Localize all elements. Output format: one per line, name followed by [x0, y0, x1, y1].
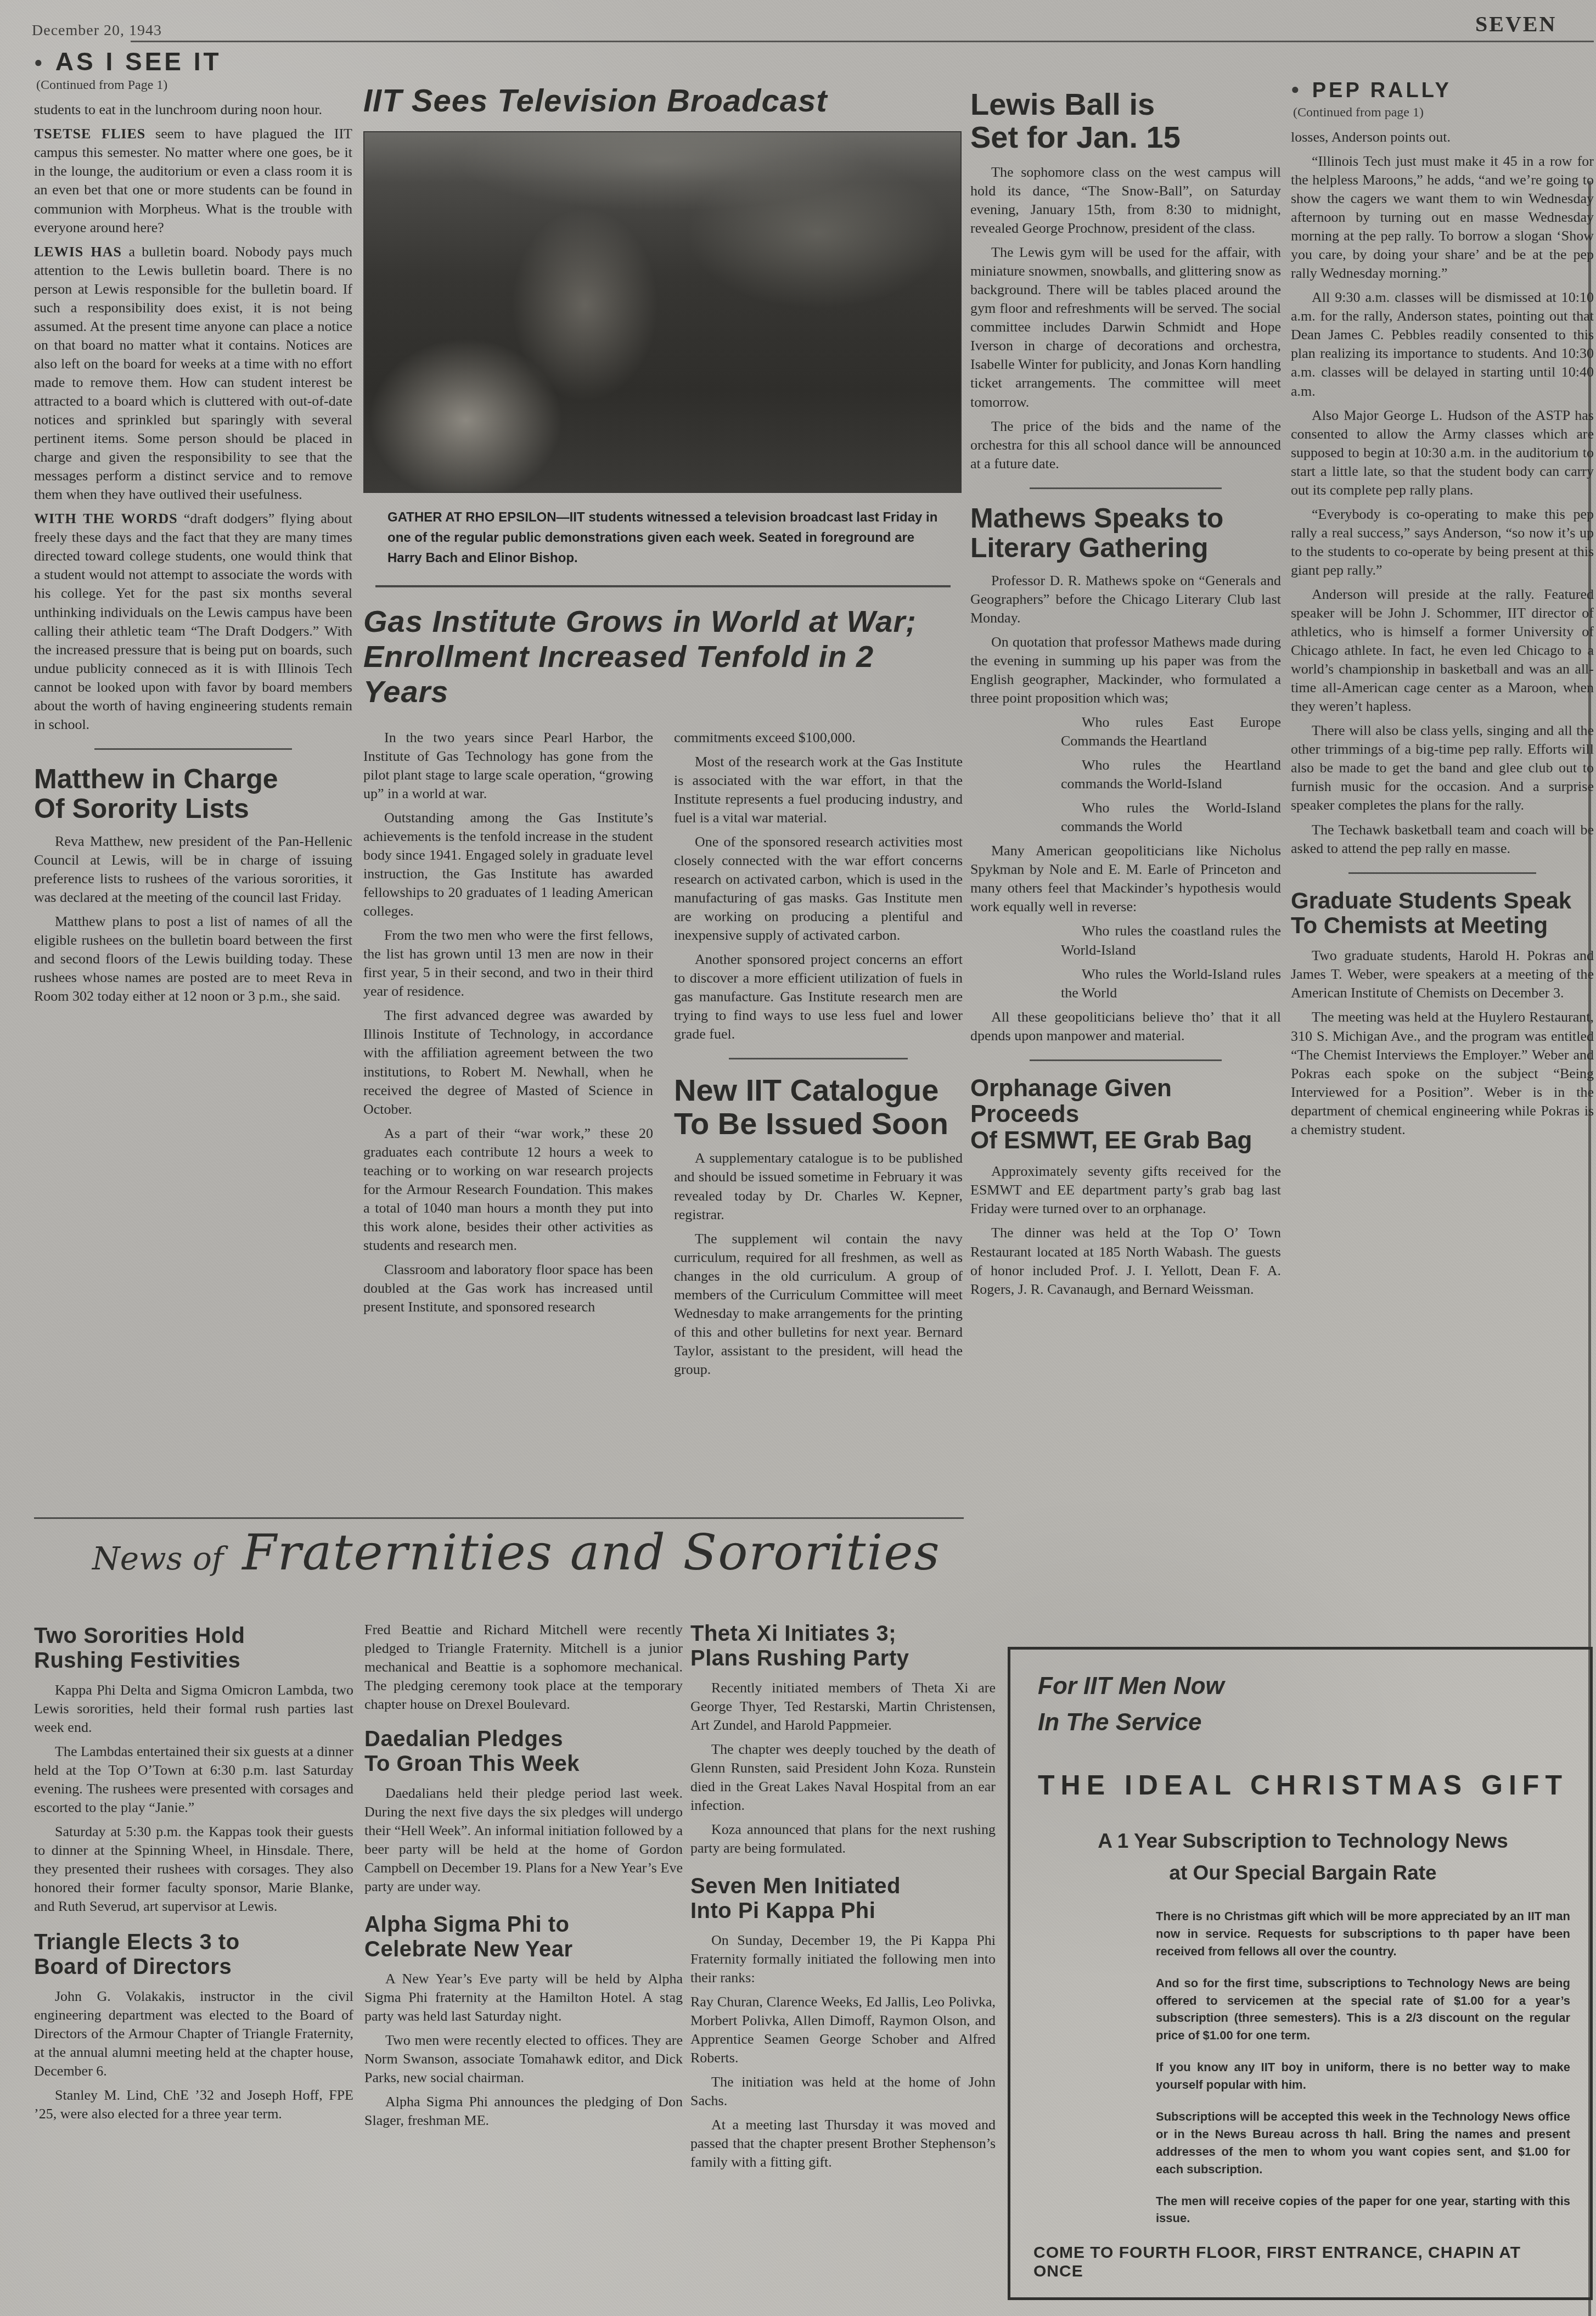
paragraph: Saturday at 5:30 p.m. the Kappas took th… — [34, 1822, 353, 1916]
paragraph: students to eat in the lunchroom during … — [34, 100, 352, 119]
page-number: SEVEN — [1475, 11, 1556, 37]
paragraph: The Techawk basketball team and coach wi… — [1291, 821, 1594, 858]
theta-xi-body: Recently initiated members of Theta Xi a… — [690, 1679, 996, 1858]
quote-line: Who rules the World-Island commands the … — [970, 799, 1281, 836]
column-as-i-see-it: ●AS I SEE IT (Continued from Page 1) stu… — [34, 48, 352, 1011]
paragraph: A supplementary catalogue is to be publi… — [674, 1149, 963, 1224]
television-broadcast-photo — [363, 131, 962, 493]
paragraph: Reva Matthew, new president of the Pan-H… — [34, 832, 352, 907]
paragraph: Professor D. R. Mathews spoke on “Genera… — [970, 571, 1281, 627]
paragraph: TSETSE FLIES seem to have plagued the II… — [34, 125, 352, 237]
daedalian-body: Daedalians held their pledge period last… — [364, 1784, 683, 1896]
two-sororities-title: Two Sororities HoldRushing Festivities — [34, 1624, 353, 1673]
column-pledges: Fred Beattie and Richard Mitchell were r… — [364, 1620, 683, 2135]
paragraph: Two men were recently elected to offices… — [364, 2031, 683, 2087]
paragraph: In the two years since Pearl Harbor, the… — [363, 728, 653, 803]
matthew-body: Reva Matthew, new president of the Pan-H… — [34, 832, 352, 1006]
paragraph: The supplement wil contain the navy curr… — [674, 1230, 963, 1379]
mathews-title: Mathews Speaks toLiterary Gathering — [970, 503, 1281, 563]
paragraph: From the two men who were the first fell… — [363, 926, 653, 1001]
paragraph: There is no Christmas gift which will be… — [1156, 1908, 1570, 1960]
paragraph: Daedalians held their pledge period last… — [364, 1784, 683, 1896]
column-two-sororities: Two Sororities HoldRushing Festivities K… — [34, 1620, 353, 2129]
section-divider — [34, 1517, 964, 1519]
column-theta-xi: Theta Xi Initiates 3;Plans Rushing Party… — [690, 1618, 996, 2177]
column-center: IIT Sees Television Broadcast GATHER AT … — [363, 82, 963, 1486]
grad-students-body: Two graduate students, Harold H. Pokras … — [1291, 946, 1594, 1139]
ad-body: There is no Christmas gift which will be… — [1156, 1908, 1570, 2227]
ad-footer-call-to-action: COME TO FOURTH FLOOR, FIRST ENTRANCE, CH… — [1033, 2244, 1573, 2281]
pep-rally-body: losses, Anderson points out. “Illinois T… — [1291, 128, 1594, 858]
ad-headline: THE IDEAL CHRISTMAS GIFT — [1032, 1769, 1573, 1801]
issue-date: December 20, 1943 — [32, 22, 162, 40]
paragraph: All 9:30 a.m. classes will be dismissed … — [1291, 288, 1594, 400]
paragraph: John G. Volakakis, instructor in the civ… — [34, 1987, 353, 2081]
paragraph: losses, Anderson points out. — [1291, 128, 1594, 147]
pledges-body: Fred Beattie and Richard Mitchell were r… — [364, 1620, 683, 1714]
paragraph: The chapter wes deeply touched by the de… — [690, 1740, 996, 1815]
paragraph: The Lambdas entertained their six guests… — [34, 1742, 353, 1817]
paragraph: The initiation was held at the home of J… — [690, 2073, 996, 2110]
two-sororities-body: Kappa Phi Delta and Sigma Omicron Lambda… — [34, 1681, 353, 1916]
paragraph: The meeting was held at the Huylero Rest… — [1291, 1008, 1594, 1139]
header-rule — [131, 41, 1594, 42]
paragraph: The Lewis gym will be used for the affai… — [970, 243, 1281, 411]
lewis-ball-body: The sophomore class on the west campus w… — [970, 163, 1281, 473]
paragraph: Subscriptions will be accepted this week… — [1156, 2108, 1570, 2178]
paragraph: The dinner was held at the Top O’ Town R… — [970, 1224, 1281, 1298]
newspaper-page: December 20, 1943 SEVEN ●AS I SEE IT (Co… — [0, 0, 1596, 2316]
continued-note: (Continued from Page 1) — [36, 78, 352, 93]
as-i-see-it-title: ●AS I SEE IT — [34, 48, 352, 75]
paragraph: Ray Churan, Clarence Weeks, Ed Jallis, L… — [690, 1993, 996, 2067]
paragraph: commitments exceed $100,000. — [674, 728, 963, 747]
paragraph: Approximately seventy gifts received for… — [970, 1162, 1281, 1218]
pi-kappa-title: Seven Men InitiatedInto Pi Kappa Phi — [690, 1874, 996, 1924]
pi-kappa-body: On Sunday, December 19, the Pi Kappa Phi… — [690, 1931, 996, 2172]
paragraph: LEWIS HAS a bulletin board. Nobody pays … — [34, 243, 352, 504]
paragraph: As a part of their “war work,” these 20 … — [363, 1124, 653, 1255]
triangle-body: John G. Volakakis, instructor in the civ… — [34, 1987, 353, 2123]
pep-rally-title: ●PEP RALLY — [1291, 80, 1594, 102]
catalogue-title: New IIT CatalogueTo Be Issued Soon — [674, 1074, 963, 1140]
paragraph: The first advanced degree was awarded by… — [363, 1006, 653, 1118]
gas-institute-article: In the two years since Pearl Harbor, the… — [363, 728, 963, 1486]
paragraph: The sophomore class on the west campus w… — [970, 163, 1281, 238]
paragraph: On quotation that professor Mathews made… — [970, 633, 1281, 708]
photo-caption: GATHER AT RHO EPSILON—IIT students witne… — [387, 507, 942, 569]
section-divider — [1030, 487, 1222, 489]
ad-subhead-2: at Our Special Bargain Rate — [1032, 1861, 1573, 1885]
section-divider — [94, 748, 292, 750]
paragraph: A New Year’s Eve party will be held by A… — [364, 1970, 683, 2026]
paragraph: Many American geopoliticians like Nichol… — [970, 842, 1281, 916]
ad-service-line-1: For IIT Men Now — [1038, 1668, 1573, 1704]
bullet-icon: ● — [1291, 81, 1302, 97]
paragraph: And so for the first time, subscriptions… — [1156, 1975, 1570, 2045]
paragraph: The price of the bids and the name of th… — [970, 417, 1281, 473]
paragraph: Fred Beattie and Richard Mitchell were r… — [364, 1620, 683, 1714]
section-divider — [1348, 872, 1536, 874]
triangle-title: Triangle Elects 3 toBoard of Directors — [34, 1930, 353, 1979]
quote-line: Who rules the World-Island rules the Wor… — [970, 965, 1281, 1002]
paragraph: “Everybody is co-operating to make this … — [1291, 505, 1594, 580]
gas-column-1: In the two years since Pearl Harbor, the… — [363, 728, 653, 1322]
ad-service-line-2: In The Service — [1038, 1704, 1573, 1741]
paragraph: Koza announced that plans for the next r… — [690, 1820, 996, 1858]
tv-broadcast-headline: IIT Sees Television Broadcast — [363, 82, 963, 119]
continued-note: (Continued from page 1) — [1293, 105, 1594, 120]
paragraph: At a meeting last Thursday it was moved … — [690, 2116, 996, 2172]
gas-institute-headline: Gas Institute Grows in World at War;Enro… — [363, 604, 963, 710]
paragraph: Kappa Phi Delta and Sigma Omicron Lambda… — [34, 1681, 353, 1737]
fraternities-banner: News ofFraternities and Sororities — [92, 1524, 941, 1582]
orphanage-body: Approximately seventy gifts received for… — [970, 1162, 1281, 1298]
quote-line: Who rules the Heartland commands the Wor… — [970, 756, 1281, 793]
paragraph: WITH THE WORDS “draft dodgers” flying ab… — [34, 509, 352, 734]
paragraph: Matthew plans to post a list of names of… — [34, 912, 352, 1006]
paragraph: Alpha Sigma Phi announces the pledging o… — [364, 2093, 683, 2130]
column-lewis-ball: Lewis Ball isSet for Jan. 15 The sophomo… — [970, 82, 1281, 1304]
paragraph: All these geopoliticians believe tho’ th… — [970, 1008, 1281, 1045]
paragraph: Also Major George L. Hudson of the ASTP … — [1291, 406, 1594, 500]
paragraph: Outstanding among the Gas Institute’s ac… — [363, 809, 653, 921]
paragraph: Recently initiated members of Theta Xi a… — [690, 1679, 996, 1735]
paragraph: One of the sponsored research activities… — [674, 833, 963, 945]
paragraph: If you know any IIT boy in uniform, ther… — [1156, 2059, 1570, 2094]
alpha-sigma-body: A New Year’s Eve party will be held by A… — [364, 1970, 683, 2130]
column-pep-rally: ●PEP RALLY (Continued from page 1) losse… — [1291, 80, 1594, 1145]
daedalian-title: Daedalian PledgesTo Groan This Week — [364, 1727, 683, 1776]
mathews-body: Professor D. R. Mathews spoke on “Genera… — [970, 571, 1281, 1045]
paragraph: Most of the research work at the Gas Ins… — [674, 753, 963, 827]
paragraph: Two graduate students, Harold H. Pokras … — [1291, 946, 1594, 1002]
paragraph: Another sponsored project concerns an ef… — [674, 950, 963, 1044]
paragraph: Anderson will preside at the rally. Feat… — [1291, 585, 1594, 716]
section-divider — [375, 585, 951, 587]
section-divider — [1030, 1059, 1222, 1061]
as-i-see-it-body: students to eat in the lunchroom during … — [34, 100, 352, 734]
gas-column-2: commitments exceed $100,000. Most of the… — [674, 728, 963, 1384]
alpha-sigma-title: Alpha Sigma Phi toCelebrate New Year — [364, 1913, 683, 1962]
bullet-icon: ● — [34, 54, 46, 70]
matthew-title: Matthew in ChargeOf Sorority Lists — [34, 764, 352, 823]
lewis-ball-title: Lewis Ball isSet for Jan. 15 — [970, 88, 1281, 154]
orphanage-title: Orphanage Given ProceedsOf ESMWT, EE Gra… — [970, 1075, 1281, 1154]
section-divider — [729, 1058, 908, 1059]
subscription-ad: For IIT Men Now In The Service THE IDEAL… — [1008, 1647, 1593, 2300]
quote-line: Who rules East Europe Commands the Heart… — [970, 713, 1281, 750]
paragraph: The men will receive copies of the paper… — [1156, 2192, 1570, 2228]
theta-xi-title: Theta Xi Initiates 3;Plans Rushing Party — [690, 1622, 996, 1671]
paragraph: There will also be class yells, singing … — [1291, 721, 1594, 815]
grad-students-title: Graduate Students SpeakTo Chemists at Me… — [1291, 888, 1594, 938]
paragraph: “Illinois Tech just must make it 45 in a… — [1291, 152, 1594, 283]
quote-line: Who rules the coastland rules the World-… — [970, 922, 1281, 959]
paragraph: Classroom and laboratory floor space has… — [363, 1260, 653, 1316]
ad-subhead-1: A 1 Year Subscription to Technology News — [1032, 1830, 1573, 1853]
paragraph: Stanley M. Lind, ChE ’32 and Joseph Hoff… — [34, 2086, 353, 2123]
paragraph: On Sunday, December 19, the Pi Kappa Phi… — [690, 1931, 996, 1987]
